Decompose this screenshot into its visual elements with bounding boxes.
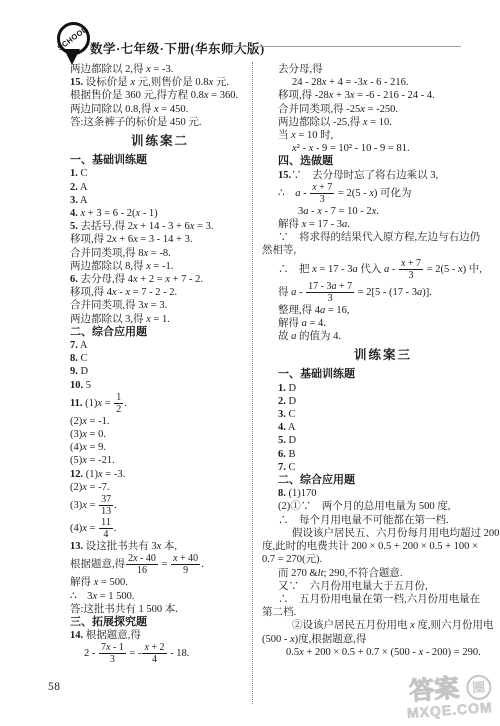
left-column: 两边都除以 2,得 x = -3.15. 设标价是 x 元,则售价是 0.8x … (70, 63, 250, 665)
answer-line: 答:这条裤子的标价是 450 元. (70, 116, 250, 129)
answer-line: 根据售价是 360 元,得方程 0.8x = 360. (70, 89, 250, 102)
answer-line: 两边都除以 3,得 x = 1. (70, 313, 250, 326)
fraction: 17 - 3a + 73 (306, 281, 354, 304)
answer-line: 5. 去括号,得 2x + 14 - 3 + 6x = 3. (70, 220, 250, 233)
answer-line: 而 270 &lt; 290,不符合题意. (262, 567, 488, 580)
answer-line: 然相等, (262, 244, 488, 257)
section-heading: 四、选做题 (262, 155, 488, 168)
answer-line: ∴ 3x = 1 500. (70, 590, 250, 603)
answer-line: 当 x = 10 时, (262, 129, 488, 142)
page-number: 58 (48, 681, 61, 693)
answer-line: 8. (1)170 (262, 487, 488, 500)
answer-line: 故 a 的值为 4. (262, 330, 488, 343)
answer-line: (5)x = -21. (70, 454, 250, 467)
column-divider (252, 62, 253, 704)
answer-line: 2. A (70, 181, 250, 194)
answer-line: 15.∵ 去分母时忘了将右边乘以 3, (262, 169, 488, 182)
answer-line: (2)x = -1. (70, 415, 250, 428)
fraction: 12 (114, 392, 123, 415)
section-heading: 一、基础训练题 (262, 368, 488, 381)
answer-line: 9. D (70, 365, 250, 378)
answer-line: (500 - x)度,根据题意,得 (262, 633, 488, 646)
section-heading: 三、拓展探究题 (70, 616, 250, 629)
section-heading: 二、综合应用题 (262, 474, 488, 487)
answer-line: 合并同类项,得 8x = -8. (70, 247, 250, 260)
answer-line: 3a - x - 7 = 10 - 2x. (262, 205, 488, 218)
answer-line: 7. C (262, 461, 488, 474)
section-heading: 二、综合应用题 (70, 326, 250, 339)
page-title: 数学·七年级·下册(华东师大版) (90, 39, 265, 57)
answer-line: 去分母,得 (262, 63, 488, 76)
answer-line: 4. x + 3 = 6 - 2(x - 1) (70, 207, 250, 220)
answer-line: 解得 x = 500. (70, 576, 250, 589)
answer-line: 答:这批书共有 1 500 本. (70, 603, 250, 616)
subsection-heading: 训练案二 (70, 135, 250, 148)
answer-line: 6. B (262, 448, 488, 461)
fraction: x + 73 (399, 258, 423, 281)
watermark: 答案 圈 MXQE.COM (405, 674, 493, 721)
answer-line: 两边都除以 -25,得 x = 10. (262, 116, 488, 129)
fraction: x + 73 (310, 182, 334, 205)
subsection-heading: 训练案三 (262, 349, 488, 362)
answer-line: 根据题意,得2x - 4016 = x + 409. (70, 553, 250, 576)
answer-line: 度,此时的电费共计 200 × 0.5 + 200 × 0.5 + 100 × (262, 540, 488, 553)
answer-line: 移项,得 4x - x = 7 - 2 - 2. (70, 286, 250, 299)
answer-line: 0.7 = 270(元). (262, 553, 488, 566)
answer-line: 14. 根据题意,得 (70, 629, 250, 642)
fraction: 3713 (99, 494, 113, 517)
answer-line: 移项,得 2x + 6x = 3 - 14 + 3. (70, 233, 250, 246)
answer-line: ②设该户居民五月份用电 x 度,则六月份用电 (262, 619, 488, 632)
answer-line: 1. D (262, 382, 488, 395)
answer-line: 8. C (70, 352, 250, 365)
section-heading: 一、基础训练题 (70, 154, 250, 167)
answer-line: 解得 a = 4. (262, 317, 488, 330)
answer-line: (3)x = 0. (70, 428, 250, 441)
answer-line: ∴ 五月份用电量在第一档,六月份用电量在 (262, 593, 488, 606)
answer-line: (4)x = 9. (70, 441, 250, 454)
answer-line: 移项,得 -28x + 3x = -6 - 216 - 24 - 4. (262, 89, 488, 102)
fraction: 7x - 13 (99, 642, 126, 665)
answer-line: 24 - 28x + 4 = -3x - 6 - 216. (262, 76, 488, 89)
answer-line: ∴ 把 x = 17 - 3a 代入 a - x + 73 = 2(5 - x)… (262, 258, 488, 281)
answer-line: 2. D (262, 395, 488, 408)
answer-line: ∴ a - x + 73 = 2(5 - x) 可化为 (262, 182, 488, 205)
answer-line: 5. D (262, 434, 488, 447)
fraction: x + 409 (171, 553, 200, 576)
header-rule (233, 46, 461, 47)
answer-line: x² - x - 9 = 10² - 10 - 9 = 81. (262, 142, 488, 155)
answer-line: 11. (1)x = 12. (70, 392, 250, 415)
answer-line: 3. C (262, 408, 488, 421)
answer-line: 第二档. (262, 606, 488, 619)
answer-line: 整理,得 4a = 16, (262, 304, 488, 317)
answer-line: 12. (1)x = -3. (70, 468, 250, 481)
answer-line: 15. 设标价是 x 元,则售价是 0.8x 元. (70, 76, 250, 89)
answer-line: 7. A (70, 339, 250, 352)
answer-line: 合并同类项,得 -25x = -250. (262, 103, 488, 116)
workbook-page: SCHOOL 数学·七年级·下册(华东师大版) 两边都除以 2,得 x = -3… (0, 0, 500, 726)
answer-line: 3. A (70, 194, 250, 207)
answer-line: 两边同除以 0.8,得 x = 450. (70, 103, 250, 116)
answer-line: (3)x = 3713. (70, 494, 250, 517)
answer-line: (2)x = -7. (70, 481, 250, 494)
answer-line: 2 - 7x - 13 = -x + 24 - 18. (70, 642, 250, 665)
answer-line: 6. 去分母,得 4x + 2 = x + 7 - 2. (70, 273, 250, 286)
answer-line: 两边都除以 2,得 x = -3. (70, 63, 250, 76)
answer-line: 10. 5 (70, 379, 250, 392)
answer-line: (4)x = 114. (70, 517, 250, 540)
watermark-badge-icon: 圈 (466, 674, 493, 701)
answer-line: 合并同类项,得 3x = 3. (70, 299, 250, 312)
fraction: x + 24 (142, 642, 166, 665)
answer-line: 13. 设这批书共有 3x 本, (70, 540, 250, 553)
answer-line: 1. C (70, 167, 250, 180)
answer-line: 又∵ 六月份用电量大于五月份, (262, 580, 488, 593)
answer-line: 解得 x = 17 - 3a. (262, 218, 488, 231)
right-column: 去分母,得24 - 28x + 4 = -3x - 6 - 216.移项,得 -… (262, 63, 488, 659)
school-logo: SCHOOL (54, 22, 94, 68)
answer-line: 0.5x + 200 × 0.5 + 0.7 × (500 - x - 200)… (262, 646, 488, 659)
fraction: 2x - 4016 (126, 553, 158, 576)
answer-line: 假设该户居民五、六月份每月用电均超过 200 (262, 527, 488, 540)
fraction: 114 (99, 517, 113, 540)
answer-line: 4. A (262, 421, 488, 434)
answer-line: (2)①∵ 两个月的总用电量为 500 度, (262, 500, 488, 513)
answer-line: ∵ 将求得的结果代入原方程,左边与右边仍 (262, 231, 488, 244)
answer-line: 两边都除以 8,得 x = -1. (70, 260, 250, 273)
answer-line: ∴ 每个月用电量不可能都在第一档. (262, 514, 488, 527)
answer-line: 得 a - 17 - 3a + 73 = 2[5 - (17 - 3a)]. (262, 281, 488, 304)
